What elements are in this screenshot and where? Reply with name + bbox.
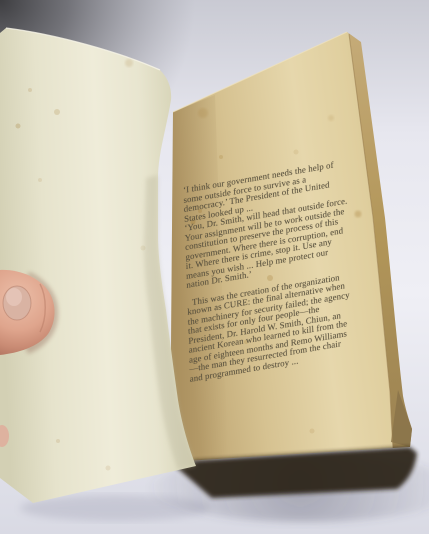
- thumb-nail-highlight: [6, 288, 22, 306]
- book-photo: ‘I think our government needs the help o…: [0, 0, 429, 534]
- page-text: ‘I think our government needs the help o…: [183, 149, 407, 384]
